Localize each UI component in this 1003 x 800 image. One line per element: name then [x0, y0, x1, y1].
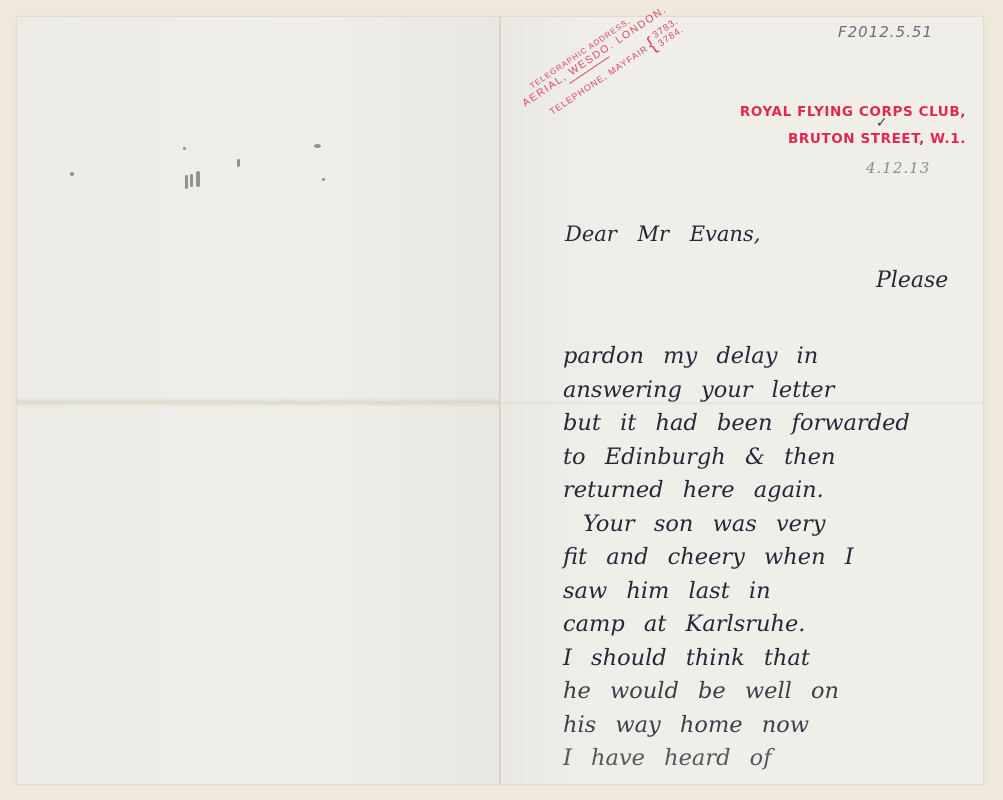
letter-line: but it had been forwarded [563, 407, 910, 441]
club-address: ✓ BRUTON STREET, W.1. [740, 131, 966, 147]
horizontal-fold-crease [17, 397, 500, 407]
club-name: ROYAL FLYING CORPS CLUB, [740, 104, 966, 120]
letter-body: pardon my delay in answering your letter… [563, 340, 910, 776]
opening-word: Please [876, 268, 948, 293]
ink-blot [314, 144, 321, 148]
ink-blot [190, 174, 193, 187]
ink-blot [70, 172, 74, 176]
letter-line: returned here again. [563, 474, 910, 508]
ink-blot [237, 159, 240, 167]
letter-line: to Edinburgh & then [563, 441, 910, 475]
salutation: Dear Mr Evans, [565, 222, 760, 246]
letter-line: he would be well on [563, 675, 910, 709]
letter-line: answering your letter [563, 374, 910, 408]
ink-blot [196, 171, 200, 187]
letter-line: his way home now [563, 709, 910, 743]
letter-line: I should think that [563, 642, 910, 676]
letter-date: 4.12.13 [866, 159, 930, 177]
letter-line: I have heard of [563, 742, 910, 776]
checkmark-icon: ✓ [876, 115, 888, 131]
letter-line: fit and cheery when I [563, 541, 910, 575]
catalog-number: F2012.5.51 [838, 23, 933, 41]
ink-blot [322, 178, 325, 181]
letter-line: Your son was very [563, 508, 910, 542]
letter-line: saw him last in [563, 575, 910, 609]
letter-line: pardon my delay in [563, 340, 910, 374]
letter-line: camp at Karlsruhe. [563, 608, 910, 642]
ink-blot [183, 147, 186, 150]
ink-blot [185, 175, 188, 189]
club-address-text: BRUTON STREET, W.1. [788, 131, 966, 147]
letterhead: ROYAL FLYING CORPS CLUB, ✓ BRUTON STREET… [740, 104, 966, 147]
